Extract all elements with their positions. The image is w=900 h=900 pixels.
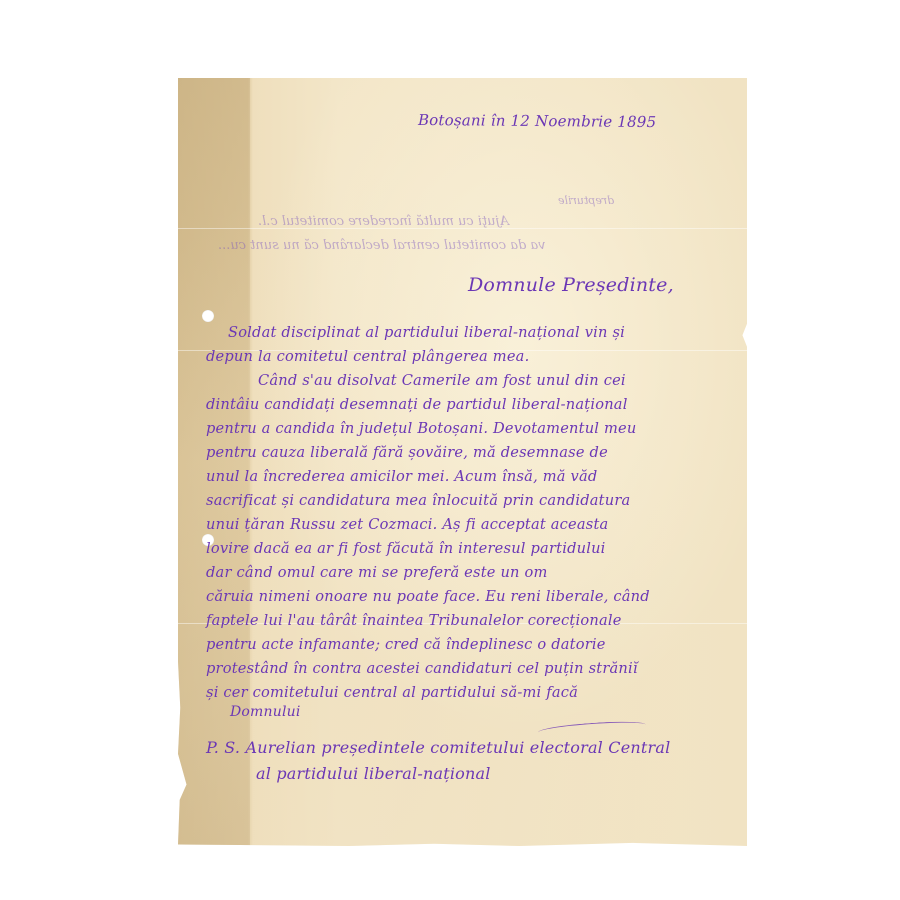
body-line: depun la comitetul central plângerea mea… xyxy=(206,348,529,365)
body-line: Când s'au disolvat Camerile am fost unul… xyxy=(258,372,626,389)
bleed-through-text: drepturile xyxy=(558,194,614,207)
bleed-through-text: Ajuţi cu multă încredere comitetul c.l. xyxy=(258,214,509,229)
body-line: pentru cauza liberală fără șovăire, mă d… xyxy=(206,444,608,461)
body-line: căruia nimeni onoare nu poate face. Eu r… xyxy=(206,588,650,605)
punch-hole xyxy=(202,310,214,322)
body-line: lovire dacă ea ar fi fost făcută în inte… xyxy=(206,540,606,557)
addressee-line: P. S. Aurelian președintele comitetului … xyxy=(206,738,670,757)
salutation: Domnule Președinte, xyxy=(468,274,674,296)
body-line: și cer comitetului central al partidului… xyxy=(206,684,578,701)
body-line: pentru acte infamante; cred că îndepline… xyxy=(206,636,606,653)
bleed-through-text: va da comitetul central declarând că nu … xyxy=(218,238,546,253)
addressee-line: al partidului liberal-național xyxy=(256,764,491,783)
body-line: unui țăran Russu zet Cozmaci. Aș fi acce… xyxy=(206,516,608,533)
body-line: sacrificat și candidatura mea înlocuită … xyxy=(206,492,630,509)
body-line: faptele lui l'au târât înaintea Tribunal… xyxy=(206,612,622,629)
body-line: Soldat disciplinat al partidului liberal… xyxy=(228,324,625,341)
body-line: protestând în contra acestei candidaturi… xyxy=(206,660,638,677)
paper-stain xyxy=(178,78,250,846)
signature-stroke xyxy=(538,719,647,738)
letter-paper: Botoșani în 12 Noembrie 1895 drepturile … xyxy=(178,78,747,846)
body-line: dar când omul care mi se preferă este un… xyxy=(206,564,548,581)
closing: Domnului xyxy=(230,704,301,720)
body-line: unul la încrederea amicilor mei. Acum în… xyxy=(206,468,597,485)
dateline: Botoșani în 12 Noembrie 1895 xyxy=(418,111,656,131)
body-line: pentru a candida în județul Botoșani. De… xyxy=(206,420,636,437)
body-line: dintâiu candidați desemnați de partidul … xyxy=(206,396,628,413)
